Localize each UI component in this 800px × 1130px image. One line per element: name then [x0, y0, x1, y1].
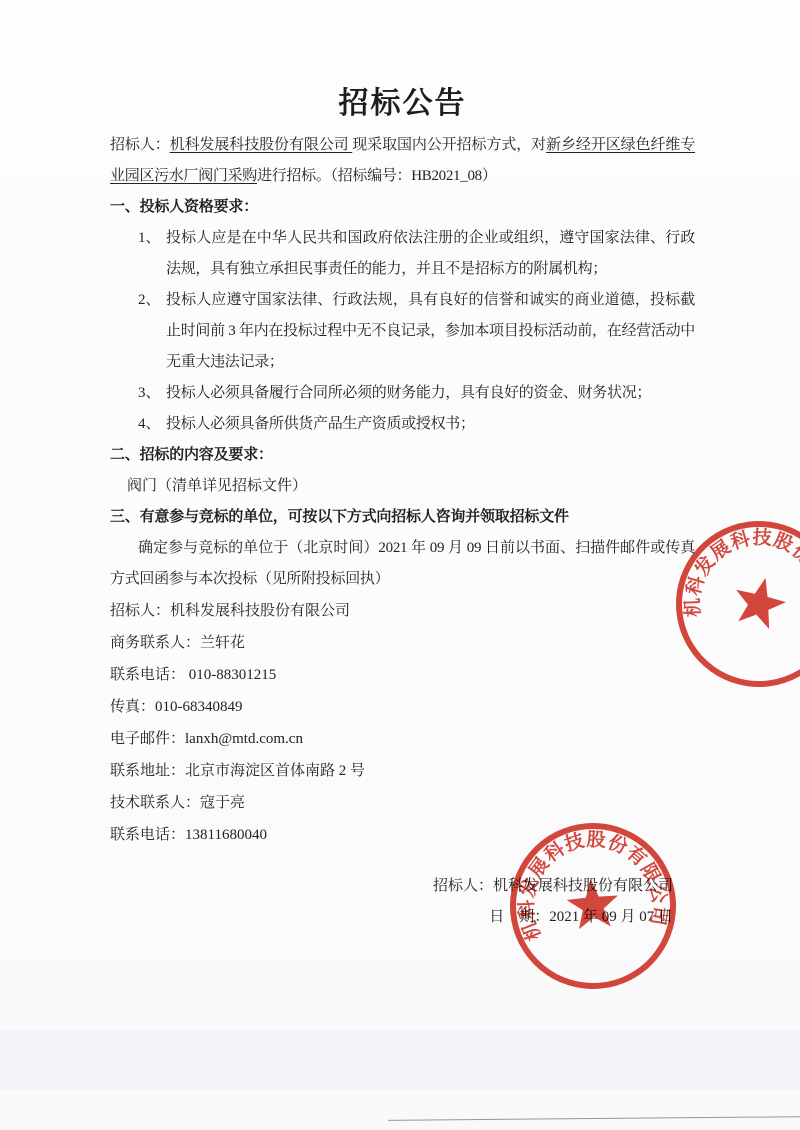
- item-text: 投标人必须具备履行合同所必须的财务能力，具有良好的资金、财务状况；: [166, 378, 695, 409]
- star-icon: [565, 877, 620, 930]
- section-1-heading: 一、投标人资格要求：: [110, 192, 695, 223]
- section-3-paragraph: 确定参与竞标的单位于（北京时间）2021 年 09 月 09 日前以书面、扫描件…: [110, 533, 695, 595]
- intro-label: 招标人：: [110, 137, 170, 153]
- section-2-heading: 二、招标的内容及要求：: [110, 440, 695, 471]
- intro-middle: 现采取国内公开招标方式，对: [352, 137, 546, 153]
- scanned-document-page: 招标公告 招标人：机科发展科技股份有限公司 现采取国内公开招标方式，对新乡经开区…: [0, 0, 800, 1130]
- list-item-3: 3、 投标人必须具备履行合同所必须的财务能力，具有良好的资金、财务状况；: [110, 378, 695, 409]
- list-item-4: 4、 投标人必须具备所供货产品生产资质或授权书；: [110, 409, 695, 440]
- contact-fax: 传真：010-68340849: [110, 691, 695, 723]
- document-content: 招标公告 招标人：机科发展科技股份有限公司 现采取国内公开招标方式，对新乡经开区…: [0, 0, 800, 933]
- list-item-2: 2、 投标人应遵守国家法律、行政法规，具有良好的信誉和诚实的商业道德，投标截止时…: [110, 285, 695, 378]
- contact-address: 联系地址：北京市海淀区首体南路 2 号: [110, 755, 695, 787]
- section-2-body: 阀门（清单详见招标文件）: [110, 471, 695, 502]
- item-number: 4、: [138, 409, 166, 440]
- paper-edge-line: [388, 1116, 800, 1121]
- page-title: 招标公告: [110, 86, 695, 122]
- item-number: 2、: [138, 285, 166, 378]
- intro-paragraph: 招标人：机科发展科技股份有限公司 现采取国内公开招标方式，对新乡经开区绿色纤维专…: [110, 130, 695, 192]
- company-seal-bottom: 机科发展科技股份有限公司: [490, 803, 696, 1009]
- star-icon: [729, 572, 791, 632]
- item-number: 1、: [138, 223, 166, 285]
- item-number: 3、: [138, 378, 166, 409]
- svg-text:机科发展科技股份有限公司: 机科发展科技股份有限公司: [675, 509, 800, 654]
- contact-phone: 联系电话： 010-88301215: [110, 659, 695, 691]
- item-text: 投标人必须具备所供货产品生产资质或授权书；: [166, 409, 695, 440]
- list-item-1: 1、 投标人应是在中华人民共和国政府依法注册的企业或组织，遵守国家法律、行政法规…: [110, 223, 695, 285]
- scan-shade-band: [0, 1030, 800, 1090]
- contact-business-person: 商务联系人：兰轩花: [110, 627, 695, 659]
- item-text: 投标人应是在中华人民共和国政府依法注册的企业或组织，遵守国家法律、行政法规，具有…: [166, 223, 695, 285]
- contact-bidder: 招标人：机科发展科技股份有限公司: [110, 595, 695, 627]
- contact-email: 电子邮件：lanxh@mtd.com.cn: [110, 723, 695, 755]
- seal-company-text: 机科发展科技股份有限公司: [675, 509, 800, 654]
- section-3-heading: 三、有意参与竞标的单位，可按以下方式向招标人咨询并领取招标文件: [110, 502, 695, 533]
- intro-tail: 进行招标。（招标编号：HB2021_08）: [257, 168, 497, 184]
- item-text: 投标人应遵守国家法律、行政法规，具有良好的信誉和诚实的商业道德，投标截止时间前 …: [166, 285, 695, 378]
- bidder-name-underlined: 机科发展科技股份有限公司: [170, 137, 353, 153]
